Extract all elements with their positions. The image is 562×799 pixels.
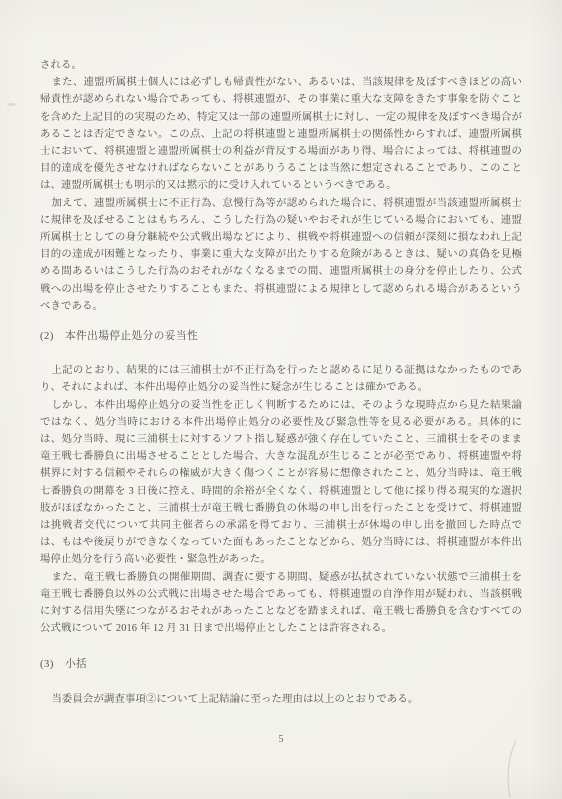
scanned-document-page: される。 また、連盟所属棋士個人には必ずしも帰責性がない、あるいは、当該規律を及…	[0, 0, 562, 799]
document-body: される。 また、連盟所属棋士個人には必ずしも帰責性がない、あるいは、当該規律を及…	[40, 57, 522, 748]
paragraph-shikashi: しかし、本件出場停止処分の妥当性を正しく判断するためには、そのような現時点から見…	[40, 397, 522, 569]
paragraph-toiinkai: 当委員会が調査事項②について上記結論に至った理由は以上のとおりである。	[40, 691, 522, 708]
paragraph-kuwaete: 加えて、連盟所属棋士に不正行為、怠慢行為等が認められた場合に、将棋連盟が当該連盟…	[40, 195, 522, 315]
section-heading-2-datousei: (2) 本件出場停止処分の妥当性	[40, 328, 522, 345]
scan-smudge-artifact	[7, 103, 16, 106]
paragraph-mata-ryuousen: また、竜王戦七番勝負の開催期間、調査に要する期間、疑惑が払拭されていない状態で三…	[40, 569, 522, 638]
section-heading-3-shoukatsu: (3) 小括	[40, 656, 522, 673]
page-number: 5	[40, 731, 522, 748]
paragraph-joki-no-toori: 上記のとおり、結果的には三浦棋士が不正行為を行ったと認めるに足りる証拠はなかった…	[40, 362, 522, 396]
paragraph-continuation: される。	[40, 57, 522, 74]
paragraph-kiseki-sei: また、連盟所属棋士個人には必ずしも帰責性がない、あるいは、当該規律を及ぼすべきほ…	[40, 74, 522, 194]
